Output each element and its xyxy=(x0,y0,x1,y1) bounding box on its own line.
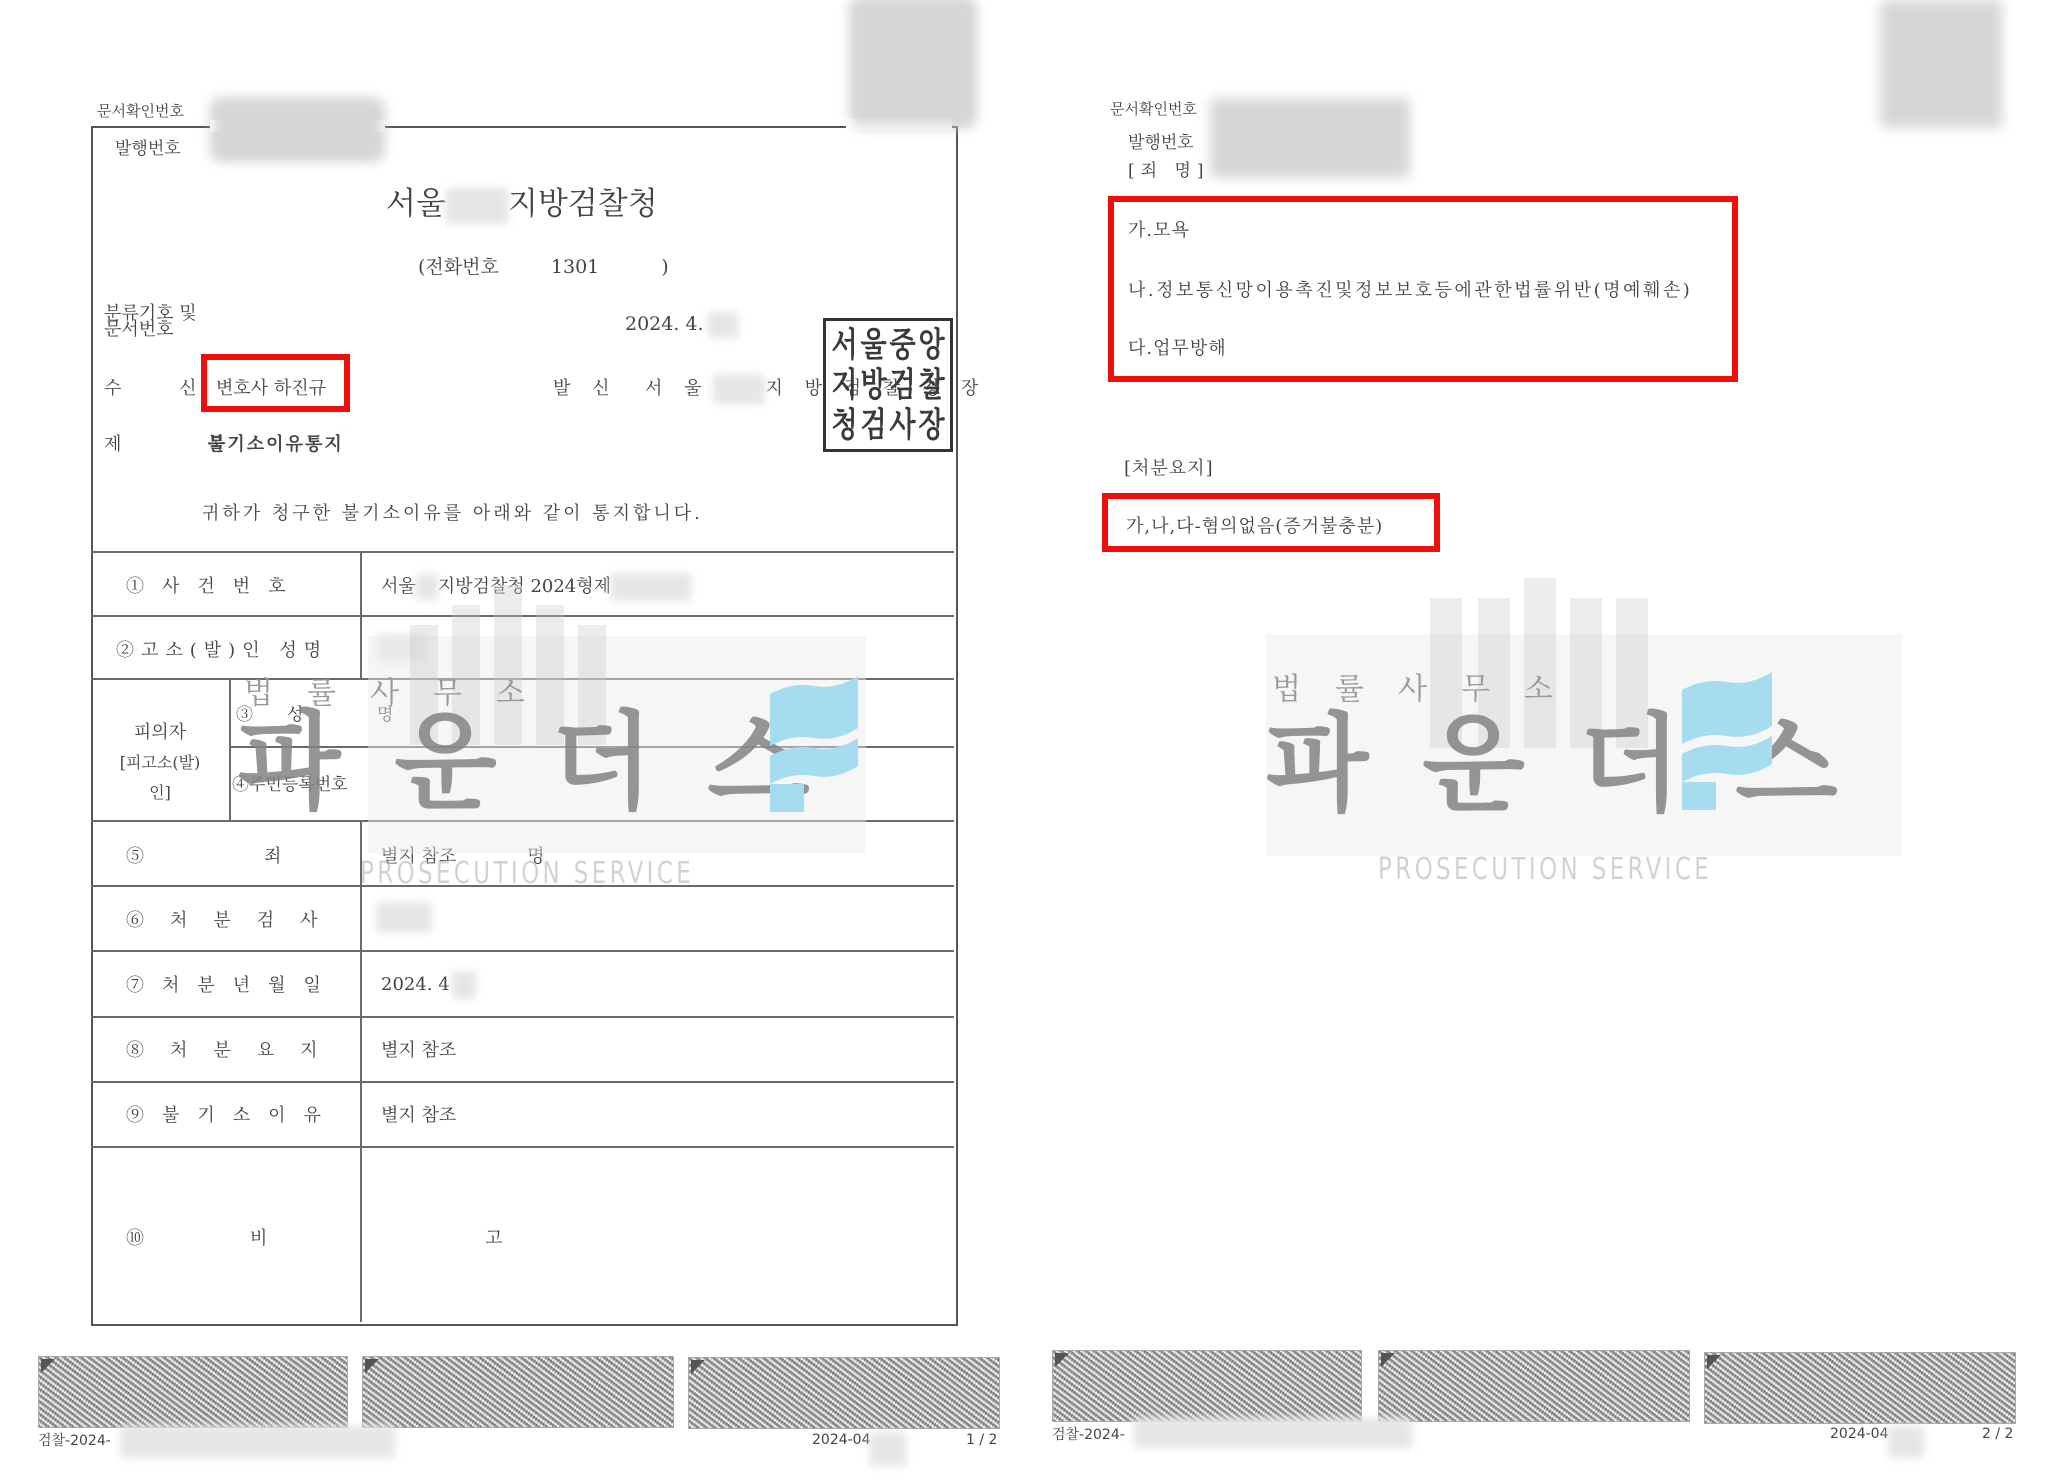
security-pattern xyxy=(38,1356,348,1428)
security-pattern xyxy=(1704,1352,2016,1424)
redacted-footer-id xyxy=(1134,1418,1412,1448)
watermark-subtitle: 법률사무소 xyxy=(1272,664,1587,708)
case-number-label: ①사건번호 xyxy=(126,572,304,598)
non-indictment-reason-label: ⑨불기소이유 xyxy=(126,1101,339,1127)
doc-check-label: 문서확인번호 xyxy=(1110,98,1197,119)
complainant-label: ②고소(발)인 성명 xyxy=(116,636,328,662)
footer-date: 2024-04 xyxy=(1830,1426,1889,1442)
disposition-summary-value: 별지 참조 xyxy=(381,1036,456,1062)
security-pattern xyxy=(688,1357,1000,1429)
security-pattern xyxy=(1052,1350,1362,1422)
footer-page-number: 2 / 2 xyxy=(1982,1426,2013,1442)
agency-title: 서울지방검찰청 xyxy=(386,178,658,224)
phone-close: ) xyxy=(661,256,668,278)
prosecutor-label: ⑥처분검사 xyxy=(126,906,344,932)
issue-number-label: 발행번호 xyxy=(1128,128,1194,153)
redacted-footer-id xyxy=(120,1426,395,1458)
recipient-value: 변호사 하진규 xyxy=(216,374,326,400)
charges-heading: [죄 명] xyxy=(1128,156,1210,181)
footer-date: 2024-04 xyxy=(812,1432,871,1448)
notice-text: 귀하가 청구한 불기소이유를 아래와 같이 통지합니다. xyxy=(202,499,703,525)
charge-item: 다.업무방해 xyxy=(1128,334,1227,360)
disposition-date-value: 2024. 4 xyxy=(381,971,476,999)
watermark-flag-icon xyxy=(1682,672,1772,810)
charge-item: 나.정보통신망이용촉진및정보보호등에관한법률위반(명예훼손) xyxy=(1128,276,1692,302)
classification-label: 분류기호 및 문서번호 xyxy=(104,306,197,338)
footer-doc-id: 검찰-2024- xyxy=(38,1430,111,1450)
security-pattern xyxy=(362,1356,674,1428)
charge-item: 가.모욕 xyxy=(1128,216,1190,242)
agency-prefix: 서울 xyxy=(386,186,446,222)
remarks-label: ⑩비 고 xyxy=(126,1224,609,1250)
subject-value: 불기소이유통지 xyxy=(208,430,344,456)
watermark-english: PROSECUTION SERVICE xyxy=(1378,852,1712,887)
redacted-doc-number xyxy=(1210,98,1410,178)
non-indictment-reason-value: 별지 참조 xyxy=(381,1101,456,1127)
footer-doc-id: 검찰-2024- xyxy=(1052,1424,1125,1444)
redacted-block xyxy=(1880,0,2002,128)
phone-label: (전화번호 xyxy=(418,256,499,278)
redacted-prosecutor xyxy=(376,902,432,932)
footer-page-number: 1 / 2 xyxy=(966,1432,997,1448)
issue-date: 2024. 4. xyxy=(625,312,738,338)
disposition-value: 가,나,다-혐의없음(증거불충분) xyxy=(1126,512,1383,538)
suspect-group-label: 피의자 [피고소(발)인] xyxy=(110,718,210,808)
phone-line: (전화번호 1301 ) xyxy=(418,252,669,279)
official-seal-stamp: 서울중앙 지방검찰 청검사장 xyxy=(823,318,953,452)
doc-check-label: 문서확인번호 xyxy=(97,100,184,121)
phone-value: 1301 xyxy=(551,256,599,278)
disposition-heading: [처분요지] xyxy=(1124,454,1214,480)
disposition-summary-label: ⑧처분요지 xyxy=(126,1036,344,1062)
issue-number-label: 발행번호 xyxy=(115,134,181,159)
watermark-english: PROSECUTION SERVICE xyxy=(360,856,694,891)
agency-suffix: 지방검찰청 xyxy=(508,186,658,222)
security-pattern xyxy=(1378,1350,1690,1422)
watermark-flag-icon xyxy=(770,676,858,812)
disposition-date-label: ⑦처분년월일 xyxy=(126,971,339,997)
watermark-title: 파운더스 xyxy=(1266,712,1892,818)
